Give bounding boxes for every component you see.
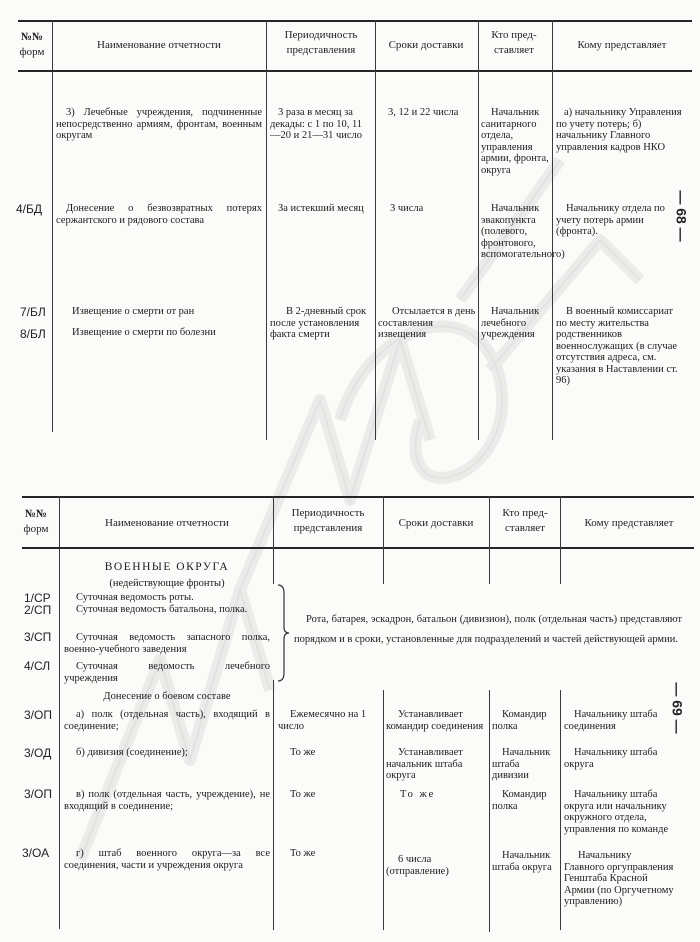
row1-deadline: 3, 12 и 22 числа <box>388 107 476 119</box>
row1-period: 3 раза в месяц за декады: с 1 по 10, 11—… <box>270 107 372 142</box>
combat-who-a: Командир полка <box>492 709 558 732</box>
combat-form-c: 3/ОП <box>24 787 52 801</box>
daily-note: Рота, батарея, эскадрон, батальон (дивиз… <box>294 610 682 650</box>
daily-name-3: Суточная ведомость запасного полка, воен… <box>64 632 270 655</box>
combat-period-c: То же <box>290 789 380 801</box>
row1-name: 3) Лечебные учреждения, подчиненные непо… <box>56 107 262 142</box>
row2-name: Донесение о безвозвратных потерях сержан… <box>56 203 262 226</box>
brace-icon <box>276 583 290 683</box>
combat-to-whom-c: Начальнику штаба округа или начальнику о… <box>564 789 674 835</box>
row3-form2: 8/БЛ <box>20 327 46 341</box>
header-deadline: Сроки доставки <box>384 516 488 531</box>
section-subtitle: (недействующие фронты) <box>64 578 270 590</box>
row3-who: Начальник лечебного учреждения <box>481 306 550 341</box>
combat-title: Донесение о боевом составе <box>64 691 270 703</box>
combat-deadline-d: 6 числа (отправление) <box>386 854 486 877</box>
combat-name-c: в) полк (отдельная часть, учреждение), н… <box>64 789 270 812</box>
combat-to-whom-a: Начальнику штаба соединения <box>564 709 674 732</box>
combat-period-a: Ежемесячно на 1 число <box>278 709 378 732</box>
daily-form-3: 3/СП <box>24 630 51 644</box>
header-period: Периодичностьпредставления <box>268 28 374 58</box>
combat-name-d: г) штаб военного округа—за все соединени… <box>64 848 270 871</box>
header-form-no: №№форм <box>16 507 56 537</box>
row3-period: В 2-дневный срок после установления факт… <box>270 306 372 341</box>
daily-name-2: Суточная ведомость батальона, полка. <box>64 604 270 616</box>
combat-form-a: 3/ОП <box>24 708 52 722</box>
combat-deadline-b: Устанавливает начальник штаба округа <box>386 747 486 782</box>
header-deadline: Сроки доставки <box>376 38 476 53</box>
combat-who-b: Начальник штаба дивизии <box>492 747 558 782</box>
combat-form-b: 3/ОД <box>24 746 51 760</box>
combat-name-b: б) дивизия (соединение); <box>64 747 270 759</box>
combat-to-whom-b: Начальнику штаба округа <box>564 747 674 770</box>
combat-period-d: То же <box>290 848 380 860</box>
page-number-68: — 68 — <box>674 190 690 241</box>
combat-period-b: То же <box>290 747 380 759</box>
row3-deadline: Отсылается в день составления извещения <box>378 306 476 341</box>
header-name: Наименование отчетности <box>54 38 264 53</box>
row3-name: Извещение о смерти от ран <box>72 306 262 318</box>
row1-who: Начальник санитарного отдела, управления… <box>481 107 550 176</box>
combat-deadline-c: То же <box>400 789 486 801</box>
row1-to-whom: а) начальнику Управления по учету потерь… <box>556 107 686 153</box>
page-number-69: — 69 — <box>670 682 686 733</box>
row3-name2: Извещение о смерти по болезни <box>72 327 262 339</box>
combat-deadline-a: Устанавливает командир соединения <box>386 709 486 732</box>
row2-form: 4/БД <box>16 202 42 216</box>
row2-who: Начальник эвакопункта (полевого, фронтов… <box>481 203 550 261</box>
row2-deadline: 3 числа <box>390 203 474 215</box>
header-who: Кто пред-ставляет <box>478 28 550 58</box>
combat-to-whom-d: Начальнику Главного оргуправления Геншта… <box>564 850 674 908</box>
section-title: ВОЕННЫЕ ОКРУГА <box>64 562 270 574</box>
header-who: Кто пред-ставляет <box>490 506 560 536</box>
combat-who-c: Командир полка <box>492 789 558 812</box>
header-form-no: №№форм <box>14 30 50 60</box>
header-period: Периодичностьпредставления <box>276 506 380 536</box>
daily-name-4: Суточная ведомость лечебного учреждения <box>64 661 270 684</box>
combat-form-d: 3/ОА <box>22 846 49 860</box>
header-name: Наименование отчетности <box>62 516 272 531</box>
combat-name-a: а) полк (отдельная часть), входящий в со… <box>64 709 270 732</box>
row2-to-whom: Начальнику отдела по учету потерь армии … <box>556 203 682 238</box>
combat-who-d: Начальник штаба округа <box>492 850 558 873</box>
header-to-whom: Кому представляет <box>562 516 696 531</box>
row3-to-whom: В военный комиссариат по месту жительств… <box>556 306 684 387</box>
daily-form-2: 2/СП <box>24 603 51 617</box>
header-to-whom: Кому представляет <box>552 38 692 53</box>
daily-name-1: Суточная ведомость роты. <box>76 592 266 604</box>
daily-form-4: 4/СЛ <box>24 659 50 673</box>
row3-form: 7/БЛ <box>20 305 46 319</box>
row2-period: За истекший месяц <box>270 203 372 215</box>
